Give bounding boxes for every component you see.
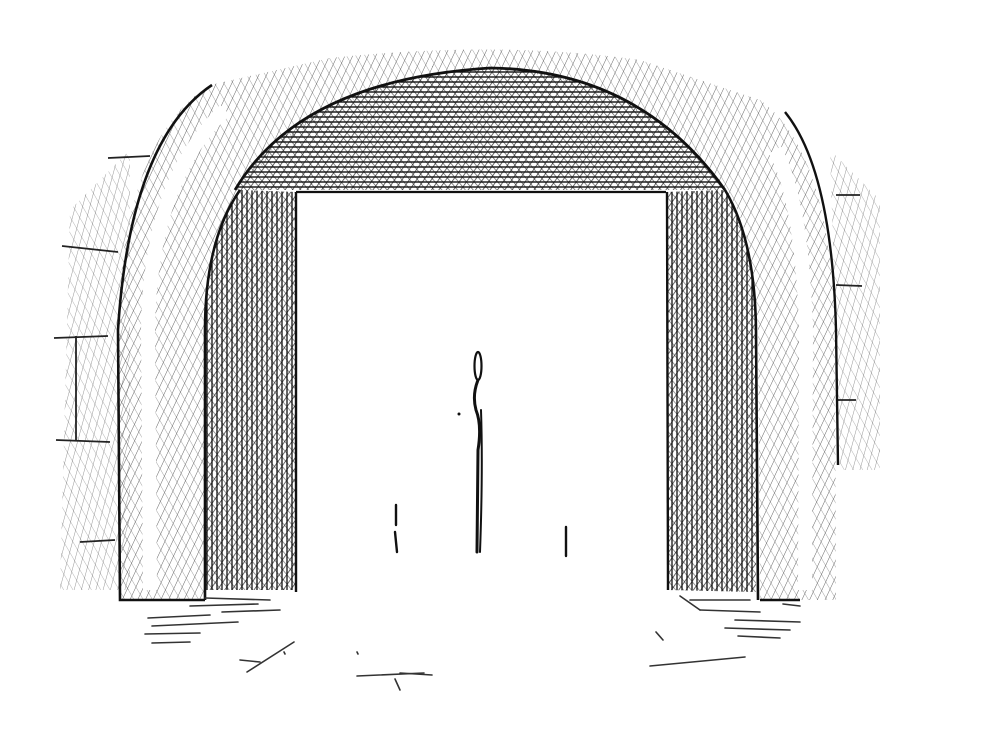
right-inner-wall [666,190,758,600]
archway-illustration [0,0,987,750]
left-inner-wall [205,190,296,600]
